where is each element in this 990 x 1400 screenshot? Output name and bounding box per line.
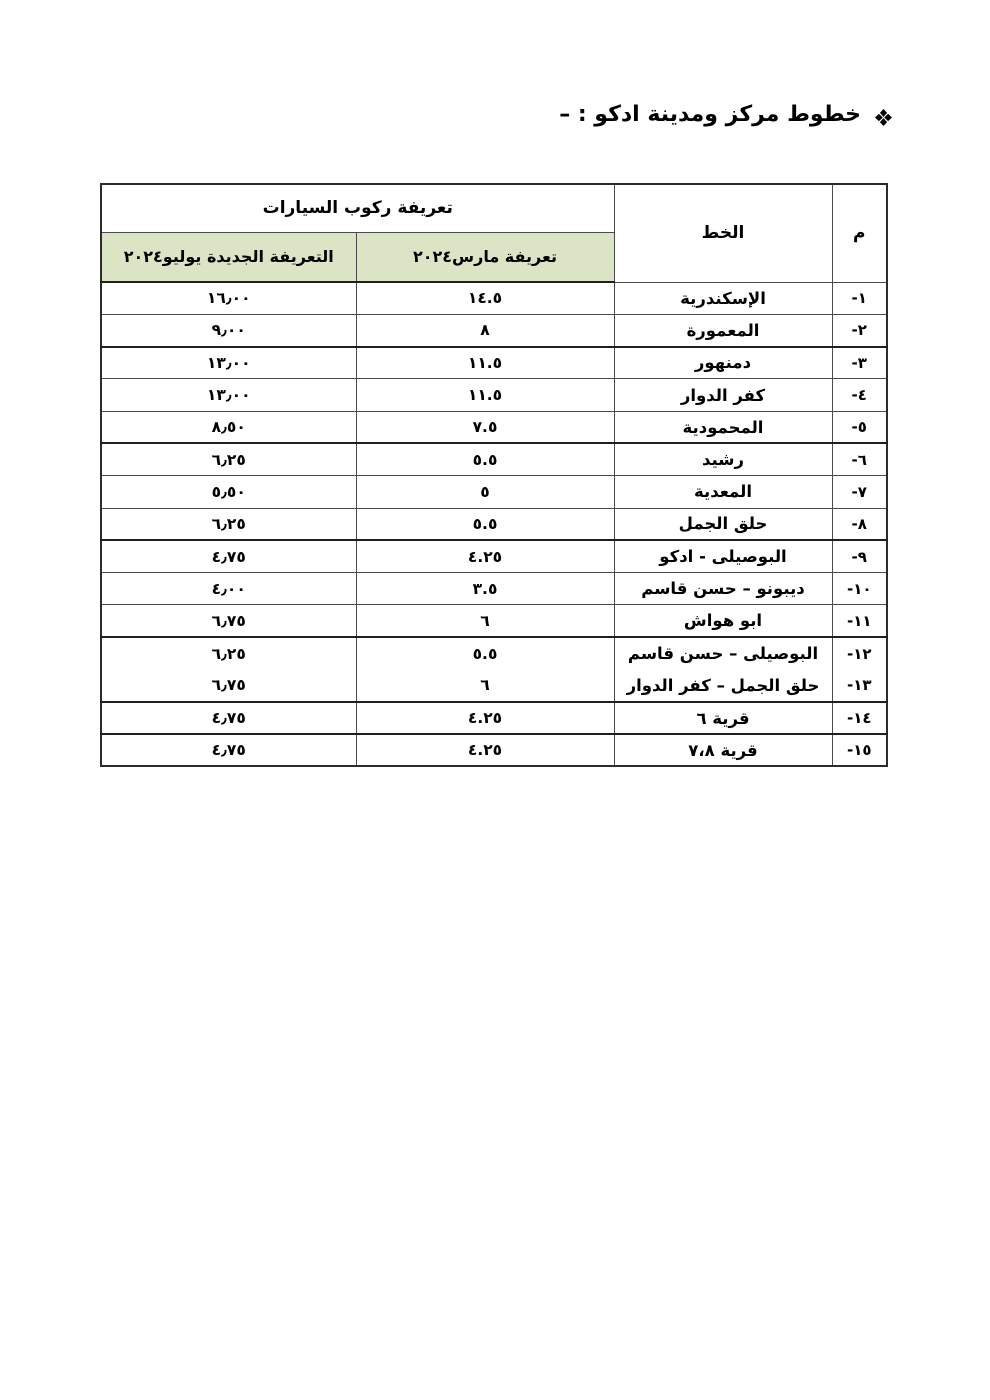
line-name-cell: البوصيلى – حسن قاسم — [614, 637, 832, 669]
serial-cell: ١- — [832, 282, 887, 314]
line-name-cell: ديبونو – حسن قاسم — [614, 573, 832, 605]
table-row: ٥-المحمودية٧.٥٨٫٥٠ — [101, 411, 887, 443]
table-row: ١-الإسكندرية١٤.٥١٦٫٠٠ — [101, 282, 887, 314]
march-tariff-cell: ٤.٢٥ — [356, 702, 614, 734]
serial-cell: ١٠- — [832, 573, 887, 605]
july-tariff-cell: ٩٫٠٠ — [101, 314, 356, 346]
march-tariff-cell: ٨ — [356, 314, 614, 346]
march-tariff-cell: ١١.٥ — [356, 347, 614, 379]
line-name-cell: البوصيلى - ادكو — [614, 540, 832, 572]
serial-cell: ١٥- — [832, 734, 887, 766]
header-line: الخط — [614, 184, 832, 282]
march-tariff-cell: ٥.٥ — [356, 508, 614, 540]
table-body: ١-الإسكندرية١٤.٥١٦٫٠٠٢-المعمورة٨٩٫٠٠٣-دم… — [101, 282, 887, 766]
july-tariff-cell: ٦٫٧٥ — [101, 670, 356, 702]
serial-cell: ١١- — [832, 605, 887, 637]
table-row: ٩-البوصيلى - ادكو٤.٢٥٤٫٧٥ — [101, 540, 887, 572]
march-tariff-cell: ٦ — [356, 670, 614, 702]
page-title-text: خطوط مركز ومدينة ادكو : – — [559, 102, 861, 127]
july-tariff-cell: ٤٫٠٠ — [101, 573, 356, 605]
header-july-tariff: التعريفة الجديدة يوليو٢٠٢٤ — [101, 232, 356, 282]
serial-cell: ١٢- — [832, 637, 887, 669]
line-name-cell: ابو هواش — [614, 605, 832, 637]
july-tariff-cell: ٦٫٢٥ — [101, 508, 356, 540]
line-name-cell: المحمودية — [614, 411, 832, 443]
table-row: ١٤-قرية ٦٤.٢٥٤٫٧٥ — [101, 702, 887, 734]
table-row: ٢-المعمورة٨٩٫٠٠ — [101, 314, 887, 346]
page-title: خطوط مركز ومدينة ادكو : – — [559, 102, 892, 127]
march-tariff-cell: ١٤.٥ — [356, 282, 614, 314]
serial-cell: ٢- — [832, 314, 887, 346]
serial-cell: ١٣- — [832, 670, 887, 702]
line-name-cell: قرية ٧،٨ — [614, 734, 832, 766]
table-row: ٤-كفر الدوار١١.٥١٣٫٠٠ — [101, 379, 887, 411]
july-tariff-cell: ١٦٫٠٠ — [101, 282, 356, 314]
line-name-cell: حلق الجمل – كفر الدوار — [614, 670, 832, 702]
tariff-table: م الخط تعريفة ركوب السيارات تعريفة مارس٢… — [100, 183, 888, 767]
july-tariff-cell: ٦٫٧٥ — [101, 605, 356, 637]
serial-cell: ٣- — [832, 347, 887, 379]
table-row: ١٠-ديبونو – حسن قاسم٣.٥٤٫٠٠ — [101, 573, 887, 605]
table-row: ٣-دمنهور١١.٥١٣٫٠٠ — [101, 347, 887, 379]
document-page: خطوط مركز ومدينة ادكو : – م الخط تعريفة … — [0, 0, 990, 1400]
march-tariff-cell: ٤.٢٥ — [356, 540, 614, 572]
march-tariff-cell: ٧.٥ — [356, 411, 614, 443]
serial-cell: ٥- — [832, 411, 887, 443]
serial-cell: ٦- — [832, 443, 887, 475]
table-row: ١١-ابو هواش٦٦٫٧٥ — [101, 605, 887, 637]
table-row: ٨-حلق الجمل٥.٥٦٫٢٥ — [101, 508, 887, 540]
march-tariff-cell: ٥ — [356, 476, 614, 508]
four-diamond-bullet-icon — [875, 107, 892, 124]
header-row-1: م الخط تعريفة ركوب السيارات — [101, 184, 887, 232]
july-tariff-cell: ٤٫٧٥ — [101, 702, 356, 734]
march-tariff-cell: ٦ — [356, 605, 614, 637]
line-name-cell: حلق الجمل — [614, 508, 832, 540]
july-tariff-cell: ٦٫٢٥ — [101, 443, 356, 475]
july-tariff-cell: ١٣٫٠٠ — [101, 379, 356, 411]
july-tariff-cell: ٤٫٧٥ — [101, 734, 356, 766]
july-tariff-cell: ١٣٫٠٠ — [101, 347, 356, 379]
march-tariff-cell: ٤.٢٥ — [356, 734, 614, 766]
serial-cell: ٤- — [832, 379, 887, 411]
serial-cell: ٧- — [832, 476, 887, 508]
july-tariff-cell: ٨٫٥٠ — [101, 411, 356, 443]
march-tariff-cell: ١١.٥ — [356, 379, 614, 411]
table-row: ٧-المعدية٥٥٫٥٠ — [101, 476, 887, 508]
table-row: ٦-رشيد٥.٥٦٫٢٥ — [101, 443, 887, 475]
july-tariff-cell: ٦٫٢٥ — [101, 637, 356, 669]
line-name-cell: كفر الدوار — [614, 379, 832, 411]
july-tariff-cell: ٥٫٥٠ — [101, 476, 356, 508]
march-tariff-cell: ٥.٥ — [356, 637, 614, 669]
header-tariff-group: تعريفة ركوب السيارات — [101, 184, 614, 232]
serial-cell: ٩- — [832, 540, 887, 572]
table-row: ١٢-البوصيلى – حسن قاسم٥.٥٦٫٢٥ — [101, 637, 887, 669]
july-tariff-cell: ٤٫٧٥ — [101, 540, 356, 572]
march-tariff-cell: ٣.٥ — [356, 573, 614, 605]
line-name-cell: رشيد — [614, 443, 832, 475]
header-march-tariff: تعريفة مارس٢٠٢٤ — [356, 232, 614, 282]
line-name-cell: دمنهور — [614, 347, 832, 379]
line-name-cell: قرية ٦ — [614, 702, 832, 734]
line-name-cell: المعدية — [614, 476, 832, 508]
march-tariff-cell: ٥.٥ — [356, 443, 614, 475]
header-serial: م — [832, 184, 887, 282]
line-name-cell: المعمورة — [614, 314, 832, 346]
table-row: ١٣-حلق الجمل – كفر الدوار٦٦٫٧٥ — [101, 670, 887, 702]
line-name-cell: الإسكندرية — [614, 282, 832, 314]
serial-cell: ٨- — [832, 508, 887, 540]
serial-cell: ١٤- — [832, 702, 887, 734]
table-row: ١٥-قرية ٧،٨٤.٢٥٤٫٧٥ — [101, 734, 887, 766]
